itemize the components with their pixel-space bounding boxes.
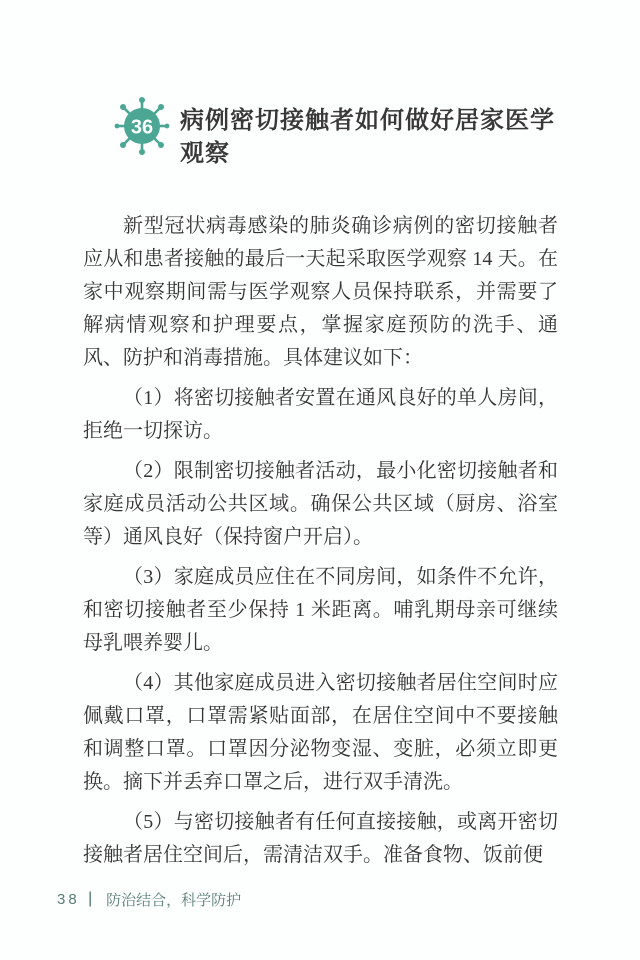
footer-divider: | [88, 890, 91, 908]
section-number: 36 [131, 117, 153, 139]
paragraph-item-2: （2）限制密切接触者活动，最小化密切接触者和家庭成员活动公共区域。确保公共区域（… [83, 455, 558, 554]
body-text: 新型冠状病毒感染的肺炎确诊病例的密切接触者应从和患者接触的最后一天起采取医学观察… [83, 210, 558, 872]
section-title: 病例密切接触者如何做好居家医学观察 [180, 104, 562, 170]
section-header: 36 病例密切接触者如何做好居家医学观察 [110, 96, 562, 170]
paragraph-item-4: （4）其他家庭成员进入密切接触者居住空间时应佩戴口罩，口罩需紧贴面部，在居住空间… [83, 667, 558, 799]
virus-icon: 36 [110, 94, 174, 158]
paragraph-item-1: （1）将密切接触者安置在通风良好的单人房间，拒绝一切探访。 [83, 382, 558, 448]
document-page: 36 病例密切接触者如何做好居家医学观察 新型冠状病毒感染的肺炎确诊病例的密切接… [0, 0, 640, 960]
paragraph-item-3: （3）家庭成员应住在不同房间，如条件不允许，和密切接触者至少保持 1 米距离。哺… [83, 561, 558, 660]
page-number: 38 [57, 891, 80, 908]
footer-slogan: 防治结合，科学防护 [106, 889, 241, 910]
paragraph-intro: 新型冠状病毒感染的肺炎确诊病例的密切接触者应从和患者接触的最后一天起采取医学观察… [83, 210, 558, 375]
page-footer: 38 | 防治结合，科学防护 [57, 889, 241, 910]
paragraph-item-5: （5）与密切接触者有任何直接接触，或离开密切接触者居住空间后，需清洁双手。准备食… [83, 806, 558, 872]
